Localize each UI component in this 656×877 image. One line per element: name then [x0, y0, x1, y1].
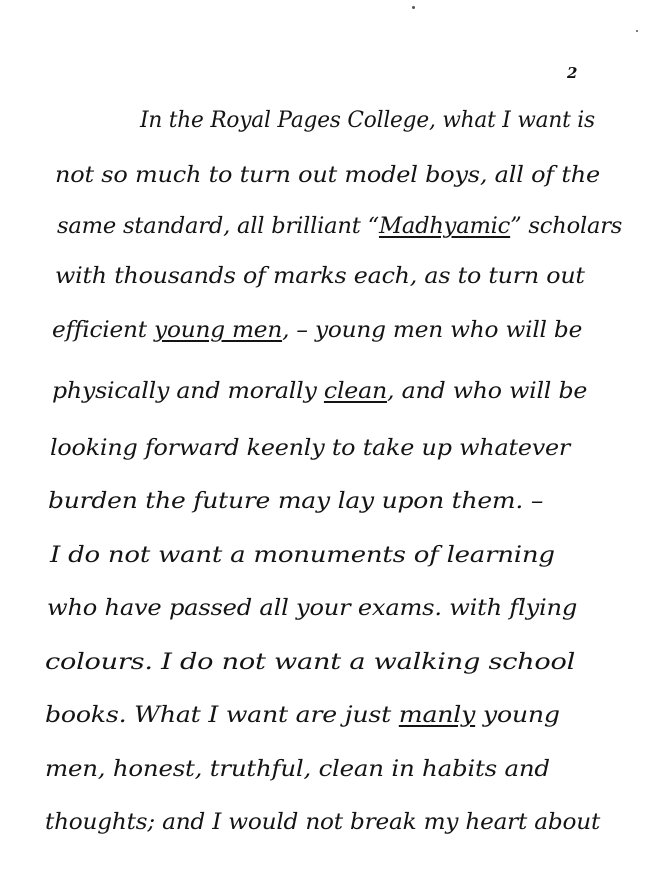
manuscript-line: looking forward keenly to take up whatev…	[50, 436, 570, 461]
manuscript-line: I do not want a monuments of learning	[50, 543, 555, 568]
manuscript-line: efficient young men, – young men who wil…	[52, 318, 582, 343]
manuscript-page: 2 In the Royal Pages College, what I wan…	[0, 0, 656, 877]
line-text: not so much to turn out model boys, all …	[55, 163, 600, 188]
underlined-word: manly	[399, 703, 475, 728]
ink-speck	[412, 6, 415, 9]
manuscript-line: colours. I do not want a walking school	[45, 650, 575, 675]
page-number: 2	[567, 64, 577, 82]
line-text: physically and morally	[52, 379, 324, 404]
underlined-word: young men	[154, 318, 282, 343]
manuscript-line: burden the future may lay upon them. –	[48, 489, 543, 514]
manuscript-line: In the Royal Pages College, what I want …	[140, 108, 595, 133]
line-text: books. What I want are just	[45, 703, 399, 728]
line-text: looking forward keenly to take up whatev…	[50, 436, 570, 461]
line-text: burden the future may lay upon them. –	[48, 489, 543, 514]
line-text: with thousands of marks each, as to turn…	[55, 264, 585, 289]
manuscript-line: not so much to turn out model boys, all …	[55, 163, 600, 188]
manuscript-line: with thousands of marks each, as to turn…	[55, 264, 585, 289]
line-text: who have passed all your exams. with fly…	[47, 596, 577, 621]
ink-speck	[636, 30, 638, 32]
line-text: thoughts; and I would not break my heart…	[45, 810, 600, 835]
manuscript-line: thoughts; and I would not break my heart…	[45, 810, 600, 835]
manuscript-line: same standard, all brilliant “Madhyamic”…	[57, 214, 622, 239]
line-text: young	[475, 703, 560, 728]
line-text: , – young men who will be	[282, 318, 582, 343]
line-text: ” scholars	[510, 214, 622, 239]
underlined-word: Madhyamic	[379, 214, 510, 239]
line-text: same standard, all brilliant “	[57, 214, 379, 239]
line-text: efficient	[52, 318, 154, 343]
line-text: colours. I do not want a walking school	[45, 650, 575, 675]
line-text: men, honest, truthful, clean in habits a…	[45, 757, 550, 782]
line-text: I do not want a monuments of learning	[50, 543, 555, 568]
line-text: , and who will be	[387, 379, 587, 404]
manuscript-line: who have passed all your exams. with fly…	[47, 596, 577, 621]
line-text: In the Royal Pages College, what I want …	[140, 108, 595, 133]
manuscript-line: men, honest, truthful, clean in habits a…	[45, 757, 550, 782]
underlined-word: clean	[324, 379, 387, 404]
manuscript-line: books. What I want are just manly young	[45, 703, 560, 728]
manuscript-line: physically and morally clean, and who wi…	[52, 379, 587, 404]
